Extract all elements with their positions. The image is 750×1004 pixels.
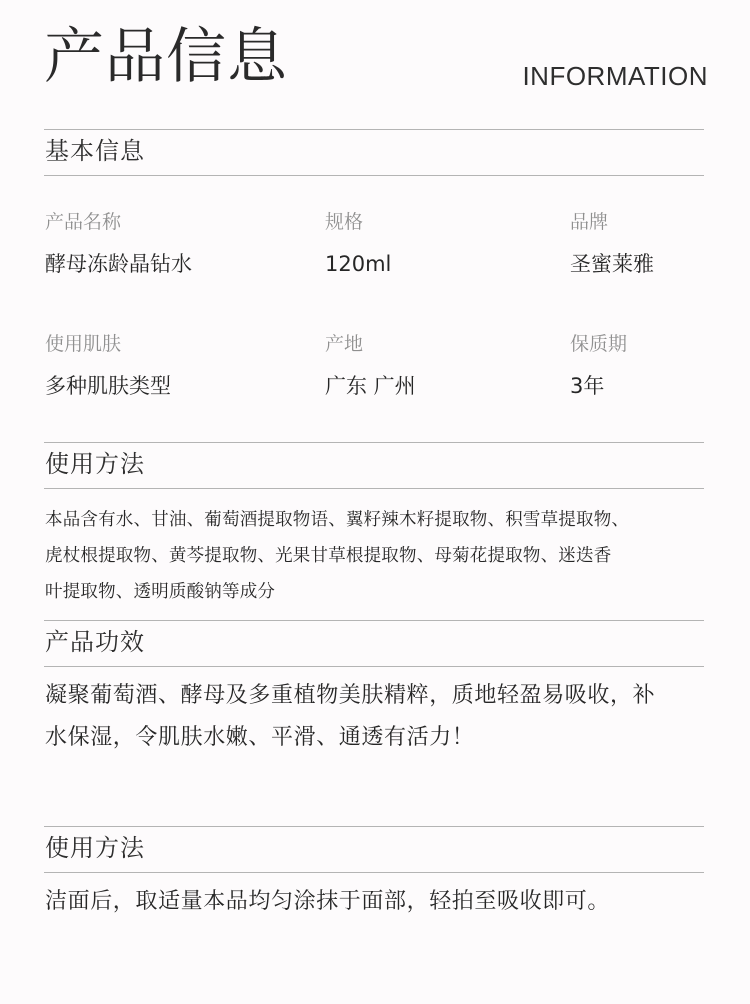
- usage-text: 洁面后，取适量本品均匀涂抹于面部，轻拍至吸收即可。: [45, 881, 710, 923]
- section-heading-basic-info: 基本信息: [45, 136, 145, 166]
- section-heading-usage: 使用方法: [45, 833, 145, 863]
- field-label: 规格: [325, 210, 363, 234]
- divider: [44, 826, 704, 827]
- section-heading-ingredients: 使用方法: [45, 449, 145, 479]
- efficacy-text: 凝聚葡萄酒、酵母及多重植物美肤精粹，质地轻盈易吸收，补 水保湿，令肌肤水嫩、平滑…: [45, 675, 710, 759]
- field-label: 保质期: [570, 332, 627, 356]
- page-title: 产品信息: [44, 22, 288, 92]
- divider: [44, 620, 704, 621]
- text-line: 洁面后，取适量本品均匀涂抹于面部，轻拍至吸收即可。: [45, 881, 710, 923]
- page-subtitle: INFORMATION: [522, 60, 708, 92]
- divider: [44, 488, 704, 489]
- text-line: 凝聚葡萄酒、酵母及多重植物美肤精粹，质地轻盈易吸收，补: [45, 675, 710, 717]
- field-value: 多种肌肤类型: [45, 372, 171, 400]
- field-value: 广东 广州: [325, 372, 416, 400]
- field-value: 酵母冻龄晶钻水: [45, 250, 192, 278]
- field-label: 产品名称: [45, 210, 121, 234]
- ingredients-text: 本品含有水、甘油、葡萄酒提取物语、翼籽辣木籽提取物、积雪草提取物、 虎杖根提取物…: [45, 502, 710, 610]
- divider: [44, 129, 704, 130]
- divider: [44, 872, 704, 873]
- field-label: 品牌: [570, 210, 608, 234]
- field-label: 使用肌肤: [45, 332, 121, 356]
- field-value: 圣蜜莱雅: [570, 250, 654, 278]
- field-value: 120ml: [325, 250, 391, 278]
- text-line: 虎杖根提取物、黄芩提取物、光果甘草根提取物、母菊花提取物、迷迭香: [45, 538, 710, 574]
- divider: [44, 175, 704, 176]
- field-label: 产地: [325, 332, 363, 356]
- field-value: 3年: [570, 372, 604, 400]
- divider: [44, 666, 704, 667]
- text-line: 叶提取物、透明质酸钠等成分: [45, 574, 710, 610]
- text-line: 本品含有水、甘油、葡萄酒提取物语、翼籽辣木籽提取物、积雪草提取物、: [45, 502, 710, 538]
- divider: [44, 442, 704, 443]
- section-heading-efficacy: 产品功效: [45, 627, 145, 657]
- text-line: 水保湿，令肌肤水嫩、平滑、通透有活力！: [45, 717, 710, 759]
